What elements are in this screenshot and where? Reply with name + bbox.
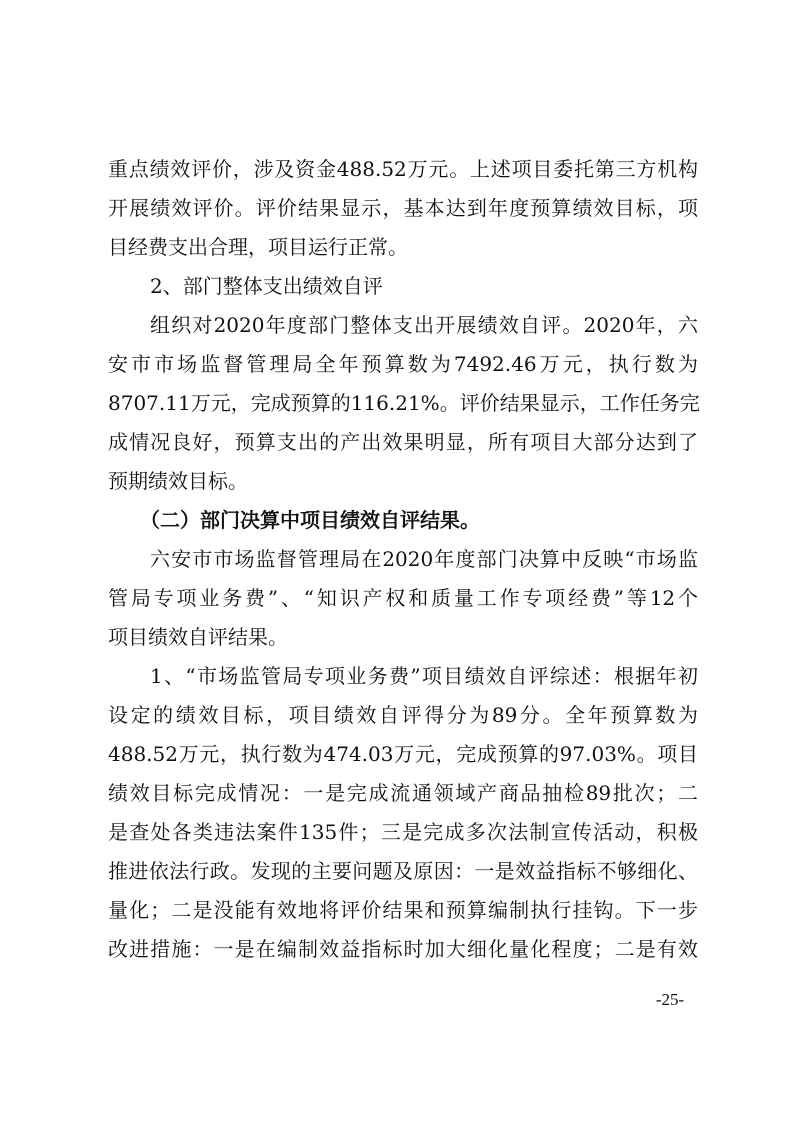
paragraph-line: 六安市市场监督管理局在2020年度部门决算中反映“市场监 [150, 540, 698, 579]
paragraph-line: 1、“市场监管局专项业务费”项目绩效自评综述：根据年初 [150, 657, 698, 696]
paragraph-line: 推进依法行政。发现的主要问题及原因：一是效益指标不够细化、 [108, 852, 698, 891]
paragraph-line: 目经费支出合理，项目运行正常。 [108, 228, 698, 267]
paragraph-line: 安市市场监督管理局全年预算数为7492.46万元，执行数为 [108, 345, 698, 384]
paragraph-line: 改进措施：一是在编制效益指标时加大细化量化程度；二是有效 [108, 930, 698, 969]
section-heading: （二）部门决算中项目绩效自评结果。 [140, 501, 688, 540]
paragraph-line: 重点绩效评价，涉及资金488.52万元。上述项目委托第三方机构 [108, 150, 698, 189]
paragraph-line: 8707.11万元，完成预算的116.21%。评价结果显示，工作任务完 [108, 384, 698, 423]
paragraph-line: 488.52万元，执行数为474.03万元，完成预算的97.03%。项目 [108, 735, 698, 774]
page-number: -25- [640, 988, 700, 1012]
paragraph-line: 预期绩效目标。 [108, 462, 698, 501]
paragraph-line: 成情况良好，预算支出的产出效果明显，所有项目大部分达到了 [108, 423, 698, 462]
paragraph-line: 绩效目标完成情况：一是完成流通领域产商品抽检89批次；二 [108, 774, 698, 813]
paragraph-line: 组织对2020年度部门整体支出开展绩效自评。2020年，六 [150, 306, 698, 345]
paragraph-line: 设定的绩效目标，项目绩效自评得分为89分。全年预算数为 [108, 696, 698, 735]
paragraph-line: 是查处各类违法案件135件；三是完成多次法制宣传活动，积极 [108, 813, 698, 852]
paragraph-line: 项目绩效自评结果。 [108, 618, 698, 657]
paragraph-line: 量化；二是没能有效地将评价结果和预算编制执行挂钩。下一步 [108, 891, 698, 930]
paragraph-line: 管局专项业务费”、“知识产权和质量工作专项经费”等12个 [108, 579, 698, 618]
section-subheading: 2、部门整体支出绩效自评 [150, 267, 698, 306]
paragraph-line: 开展绩效评价。评价结果显示，基本达到年度预算绩效目标，项 [108, 189, 698, 228]
document-page: 重点绩效评价，涉及资金488.52万元。上述项目委托第三方机构 开展绩效评价。评… [0, 0, 793, 1122]
